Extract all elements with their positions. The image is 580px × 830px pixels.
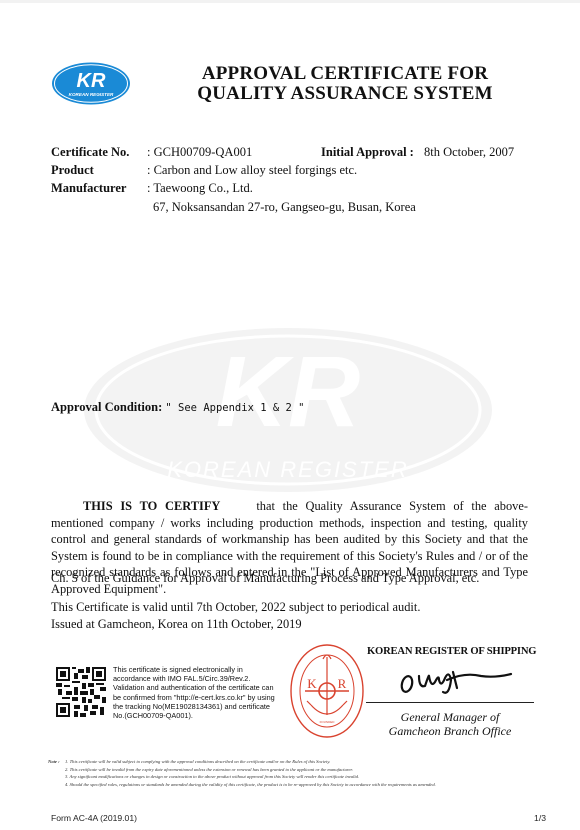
certificate-title: APPROVAL CERTIFICATE FOR QUALITY ASSURAN… xyxy=(180,64,510,104)
page-number: 1/3 xyxy=(534,813,546,823)
note-item: 4. Should the specified rules, regulatio… xyxy=(48,781,436,789)
esig-line: This certificate is signed electronicall… xyxy=(113,665,283,674)
electronic-signature-notice: This certificate is signed electronicall… xyxy=(113,665,283,720)
signatory-title-line-2: Gamcheon Branch Office xyxy=(366,725,534,739)
svg-text:K: K xyxy=(307,676,317,691)
signatory-organization: KOREAN REGISTER OF SHIPPING xyxy=(367,646,536,657)
page-top-edge xyxy=(0,0,580,3)
initial-approval-value: 8th October, 2007 xyxy=(424,143,514,162)
esig-line: Validation and authentication of the cer… xyxy=(113,683,283,692)
approval-condition-label: Approval Condition: xyxy=(51,400,162,414)
svg-text:KR: KR xyxy=(77,70,106,92)
note-item: 1. This certificate will be valid subjec… xyxy=(65,759,330,764)
certificate-no-value: : GCH00709-QA001 xyxy=(147,143,252,162)
signature-icon xyxy=(395,662,515,698)
esig-line: accordance with IMO FAL.5/Circ.39/Rev.2. xyxy=(113,674,283,683)
product-label: Product xyxy=(51,161,94,180)
validity-block: This Certificate is valid until 7th Octo… xyxy=(51,599,420,633)
esig-line: No.(GCH00709-QA001). xyxy=(113,711,283,720)
issued-at: Issued at Gamcheon, Korea on 11th Octobe… xyxy=(51,616,420,633)
approval-condition: Approval Condition: " See Appendix 1 & 2… xyxy=(51,400,304,415)
title-line-2: QUALITY ASSURANCE SYSTEM xyxy=(180,84,510,104)
signatory-title: General Manager of Gamcheon Branch Offic… xyxy=(366,711,534,738)
korean-register-seal-icon: K R FOUNDED xyxy=(289,643,365,739)
esig-line: be confirmed from "http://e-cert.krs.co.… xyxy=(113,693,283,702)
notes-block: Note :1. This certificate will be valid … xyxy=(48,758,436,788)
title-line-1: APPROVAL CERTIFICATE FOR xyxy=(180,64,510,84)
certify-chapter: Ch. 5 of the Guidance for Approval of Ma… xyxy=(51,571,479,586)
korean-register-logo-icon: KR KOREAN REGISTER xyxy=(51,62,131,105)
manufacturer-address: 67, Noksansandan 27-ro, Gangseo-gu, Busa… xyxy=(153,198,416,217)
svg-text:KR: KR xyxy=(216,336,360,448)
svg-text:FOUNDED: FOUNDED xyxy=(320,720,336,724)
svg-text:R: R xyxy=(338,676,347,691)
approval-condition-value: " See Appendix 1 & 2 " xyxy=(165,402,304,414)
signatory-title-line-1: General Manager of xyxy=(366,711,534,725)
product-value: : Carbon and Low alloy steel forgings et… xyxy=(147,161,357,180)
form-number: Form AC-4A (2019.01) xyxy=(51,813,137,823)
certificate-no-label: Certificate No. xyxy=(51,143,129,162)
note-item: 2. This certificate will be invalid from… xyxy=(48,766,436,774)
svg-text:KOREAN REGISTER: KOREAN REGISTER xyxy=(167,457,408,482)
signature-line xyxy=(366,702,534,703)
certify-lead: THIS IS TO CERTIFY xyxy=(51,499,220,513)
manufacturer-value: : Taewoong Co., Ltd. xyxy=(147,179,253,198)
certificate-page: KR KOREAN REGISTER APPROVAL CERTIFICATE … xyxy=(0,0,580,830)
valid-until: This Certificate is valid until 7th Octo… xyxy=(51,599,420,616)
initial-approval-label: Initial Approval : xyxy=(321,143,414,162)
esig-line: the tracking No(ME19028134361) and certi… xyxy=(113,702,283,711)
svg-text:KOREAN REGISTER: KOREAN REGISTER xyxy=(69,92,114,97)
manufacturer-label: Manufacturer xyxy=(51,179,126,198)
qr-code-icon xyxy=(56,666,106,718)
note-item: 3. Any significant modifications or chan… xyxy=(48,773,436,781)
notes-label: Note : xyxy=(48,758,65,766)
